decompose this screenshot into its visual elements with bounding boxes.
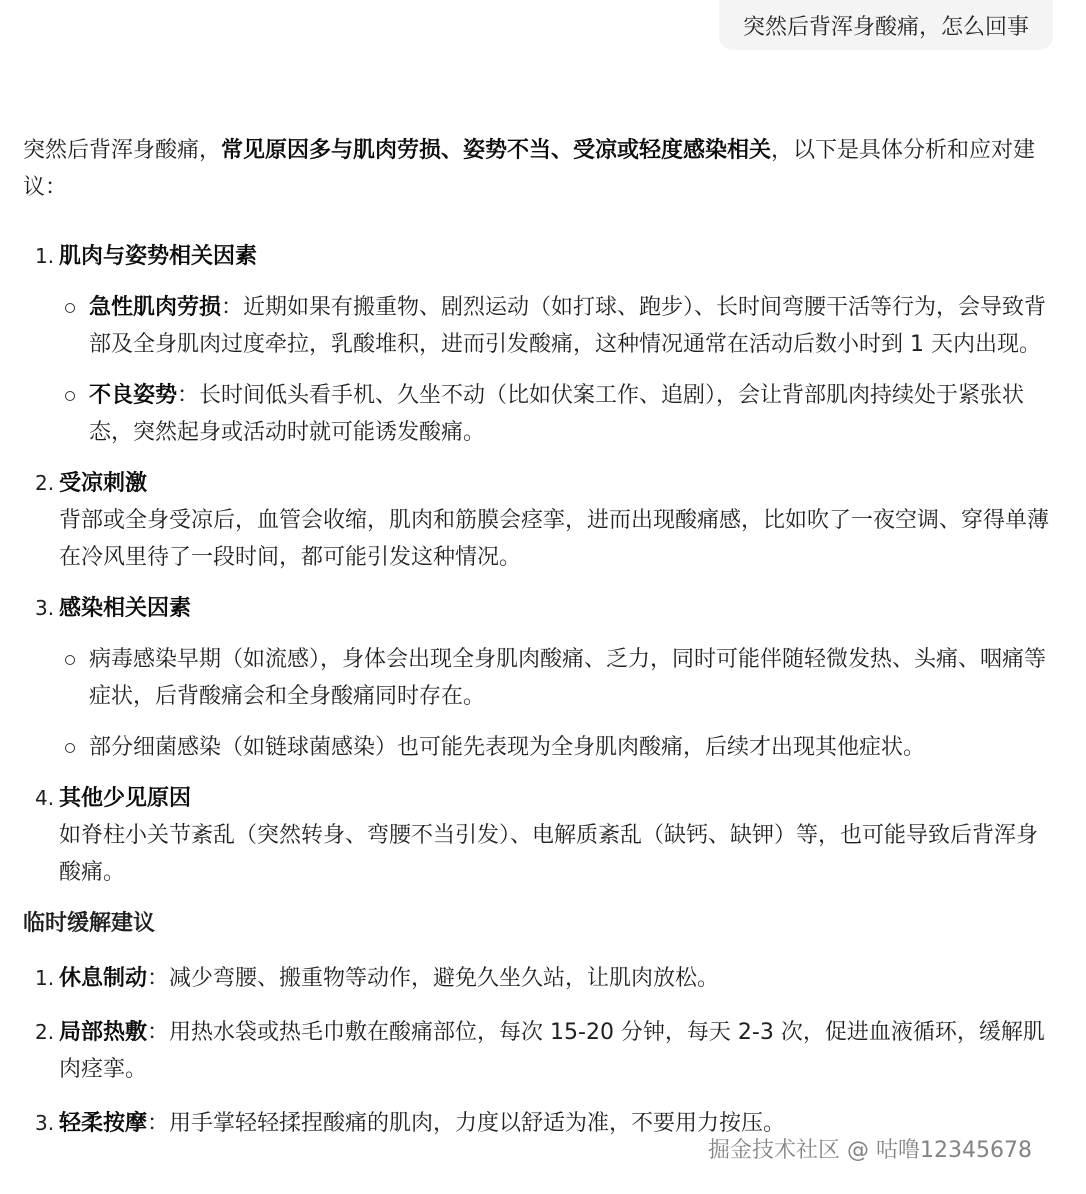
user-message-text: 突然后背浑身酸痛，怎么回事 [743,10,1029,41]
watermark: 掘金技术社区 @ 咕噜12345678 [708,1133,1032,1164]
relief-list: 1.休息制动：减少弯腰、搬重物等动作，避免久坐久站，让肌肉放松。 2.局部热敷：… [23,960,1053,1142]
list-item: 病毒感染早期（如流感），身体会出现全身肌肉酸痛、乏力，同时可能伴随轻微发热、头痛… [59,641,1053,715]
user-message-bubble: 突然后背浑身酸痛，怎么回事 [719,0,1053,50]
causes-list: 1. 肌肉与姿势相关因素 急性肌肉劳损：近期如果有搬重物、剧烈运动（如打球、跑步… [23,238,1053,891]
intro-paragraph: 突然后背浑身酸痛，常见原因多与肌肉劳损、姿势不当、受凉或轻度感染相关，以下是具体… [23,132,1053,206]
list-item: 部分细菌感染（如链球菌感染）也可能先表现为全身肌肉酸痛，后续才出现其他症状。 [59,729,1053,766]
cause-title: 其他少见原因 [59,786,191,811]
cause-item: 1. 肌肉与姿势相关因素 急性肌肉劳损：近期如果有搬重物、剧烈运动（如打球、跑步… [23,238,1053,451]
circle-bullet-icon [65,655,75,665]
cause-title: 感染相关因素 [59,596,191,621]
circle-bullet-icon [65,743,75,753]
cause-item: 2. 受凉刺激 背部或全身受凉后，血管会收缩，肌肉和筋膜会痉挛，进而出现酸痛感，… [23,465,1053,576]
assistant-response: 突然后背浑身酸痛，常见原因多与肌肉劳损、姿势不当、受凉或轻度感染相关，以下是具体… [23,132,1053,1159]
cause-item: 4. 其他少见原因 如脊柱小关节紊乱（突然转身、弯腰不当引发）、电解质紊乱（缺钙… [23,780,1053,891]
relief-item: 1.休息制动：减少弯腰、搬重物等动作，避免久坐久站，让肌肉放松。 [23,960,1053,997]
section-heading: 临时缓解建议 [23,905,1053,942]
cause-title: 受凉刺激 [59,471,147,496]
circle-bullet-icon [65,391,75,401]
list-item: 不良姿势：长时间低头看手机、久坐不动（比如伏案工作、追剧），会让背部肌肉持续处于… [59,377,1053,451]
relief-item: 2.局部热敷：用热水袋或热毛巾敷在酸痛部位，每次 15-20 分钟，每天 2-3… [23,1014,1053,1088]
circle-bullet-icon [65,303,75,313]
cause-title: 肌肉与姿势相关因素 [59,244,257,269]
cause-item: 3. 感染相关因素 病毒感染早期（如流感），身体会出现全身肌肉酸痛、乏力，同时可… [23,590,1053,766]
list-item: 急性肌肉劳损：近期如果有搬重物、剧烈运动（如打球、跑步）、长时间弯腰干活等行为，… [59,289,1053,363]
